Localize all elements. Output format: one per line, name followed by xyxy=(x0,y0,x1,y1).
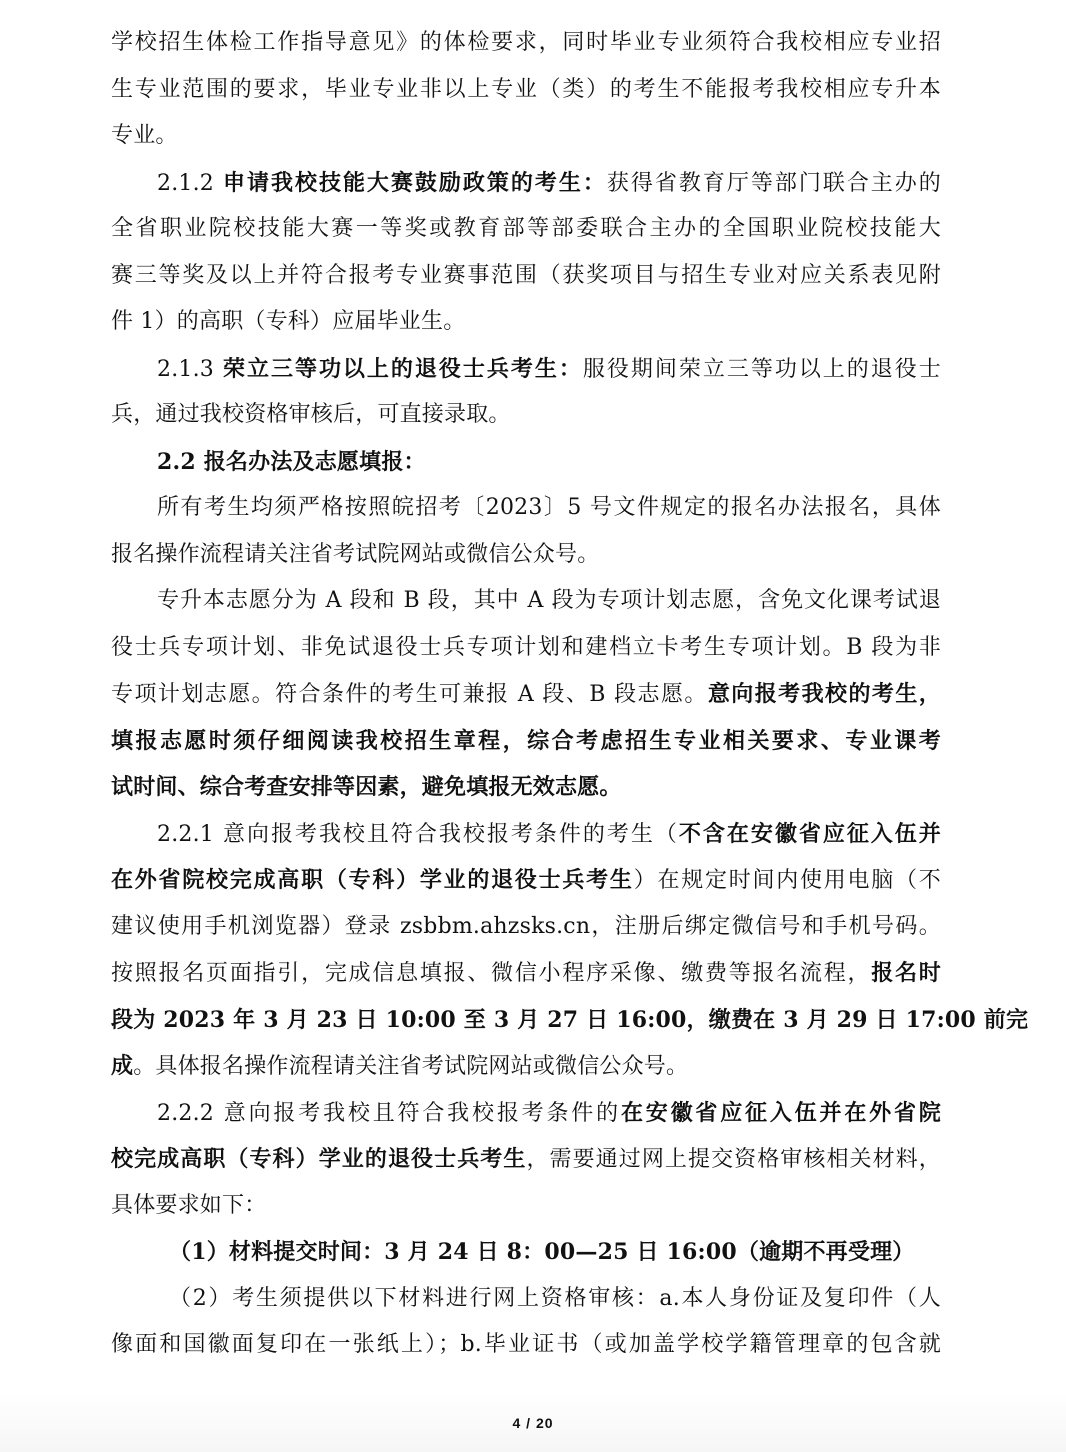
section-title: 申请我校技能大赛鼓励政策的考生： xyxy=(223,170,607,196)
list-item-2: （2）考生须提供以下材料进行网上资格审核：a.本人身份证及复印件（人 xyxy=(111,1276,941,1323)
text-line: 填报志愿时须仔细阅读我校招生章程，综合考虑招生专业相关要求、专业课考 xyxy=(111,718,941,765)
list-item-1: （1）材料提交时间：3 月 24 日 8：00—25 日 16:00（逾期不再受… xyxy=(111,1229,941,1276)
document-body: 学校招生体检工作指导意见》的体检要求，同时毕业专业须符合我校相应专业招 生专业范… xyxy=(111,20,941,1369)
text-segment: 兵，通过我校资格审核后，可直接录取。 xyxy=(111,402,511,427)
text-segment: 像面和国徽面复印在一张纸上）；b.毕业证书（或加盖学校学籍管理章的包含就 xyxy=(111,1332,941,1357)
text-line: 建议使用手机浏览器）登录 zsbbm.ahzsks.cn，注册后绑定微信号和手机… xyxy=(111,904,941,951)
text-line: 赛三等奖及以上并符合报考专业赛事范围（获奖项目与招生专业对应关系表见附 xyxy=(111,253,941,300)
text-line: 像面和国徽面复印在一张纸上）；b.毕业证书（或加盖学校学籍管理章的包含就 xyxy=(111,1322,941,1369)
emphasis-text: 校完成高职（专科）学业的退役士兵考生 xyxy=(111,1146,526,1172)
text-segment: （2）考生须提供以下材料进行网上资格审核：a.本人身份证及复印件（人 xyxy=(169,1286,941,1311)
text-line: 学校招生体检工作指导意见》的体检要求，同时毕业专业须符合我校相应专业招 xyxy=(111,20,941,67)
text-segment: 生专业范围的要求，毕业专业非以上专业（类）的考生不能报考我校相应专升本 xyxy=(111,77,941,102)
page-number: 4 / 20 xyxy=(0,1415,1066,1431)
emphasis-text: 在外省院校完成高职（专科）学业的退役士兵考生 xyxy=(111,867,634,893)
text-line: 成。具体报名操作流程请关注省考试院网站或微信公众号。 xyxy=(111,1043,941,1090)
emphasis-text: （1）材料提交时间：3 月 24 日 8：00—25 日 16:00（逾期不再受… xyxy=(169,1239,914,1265)
section-number: 2.1.2 xyxy=(157,171,223,196)
text-segment: 具体要求如下： xyxy=(111,1193,266,1218)
text-segment: 建议使用手机浏览器）登录 zsbbm.ahzsks.cn，注册后绑定微信号和手机… xyxy=(111,914,941,939)
text-line: 兵，通过我校资格审核后，可直接录取。 xyxy=(111,392,941,439)
text-segment: 赛三等奖及以上并符合报考专业赛事范围（获奖项目与招生专业对应关系表见附 xyxy=(111,263,941,288)
section-2-2-heading: 2.2 报名办法及志愿填报： xyxy=(111,439,941,486)
emphasis-text: 意向报考我校的考生， xyxy=(708,681,941,707)
text-line: 全省职业院校技能大赛一等奖或教育部等部委联合主办的全国职业院校技能大 xyxy=(111,206,941,253)
text-segment: 件 1）的高职（专科）应届毕业生。 xyxy=(111,309,465,334)
section-2-2-1-line: 2.2.1 意向报考我校且符合我校报考条件的考生（不含在安徽省应征入伍并 xyxy=(111,811,941,858)
text-segment: 役士兵专项计划、非免试退役士兵专项计划和建档立卡考生专项计划。B 段为非 xyxy=(111,635,941,660)
text-line: 具体要求如下： xyxy=(111,1183,941,1230)
section-2-1-2-heading-line: 2.1.2 申请我校技能大赛鼓励政策的考生：获得省教育厅等部门联合主办的 xyxy=(111,160,941,207)
text-segment: 服役期间荣立三等功以上的退役士 xyxy=(583,357,941,382)
text-segment: 获得省教育厅等部门联合主办的 xyxy=(607,171,941,196)
text-segment: 专项计划志愿。符合条件的考生可兼报 A 段、B 段志愿。 xyxy=(111,682,708,707)
text-line: 按照报名页面指引，完成信息填报、微信小程序采像、缴费等报名流程，报名时 xyxy=(111,950,941,997)
text-line: 生专业范围的要求，毕业专业非以上专业（类）的考生不能报考我校相应专升本 xyxy=(111,67,941,114)
emphasis-text: 填报志愿时须仔细阅读我校招生章程，综合考虑招生专业相关要求、专业课考 xyxy=(111,728,941,754)
emphasis-text: 成 xyxy=(111,1053,133,1079)
emphasis-text: 在安徽省应征入伍并在外省院 xyxy=(621,1100,941,1126)
text-segment: ）在规定时间内使用电脑（不 xyxy=(634,868,941,893)
section-number: 2.1.3 xyxy=(157,357,223,382)
section-title: 荣立三等功以上的退役士兵考生： xyxy=(223,356,583,382)
emphasis-text: 段为 2023 年 3 月 23 日 10:00 至 3 月 27 日 16:0… xyxy=(111,1007,1028,1033)
text-segment: 专升本志愿分为 A 段和 B 段，其中 A 段为专项计划志愿，含免文化课考试退 xyxy=(157,588,941,613)
text-line: 专业。 xyxy=(111,113,941,160)
emphasis-text: 报名时 xyxy=(871,960,941,986)
emphasis-text: 不含在安徽省应征入伍并 xyxy=(679,821,941,847)
text-line: 专项计划志愿。符合条件的考生可兼报 A 段、B 段志愿。意向报考我校的考生， xyxy=(111,671,941,718)
text-segment: 。具体报名操作流程请关注省考试院网站或微信公众号。 xyxy=(133,1054,688,1079)
text-line: 役士兵专项计划、非免试退役士兵专项计划和建档立卡考生专项计划。B 段为非 xyxy=(111,625,941,672)
document-page: 学校招生体检工作指导意见》的体检要求，同时毕业专业须符合我校相应专业招 生专业范… xyxy=(0,0,1066,1452)
text-line: 件 1）的高职（专科）应届毕业生。 xyxy=(111,299,941,346)
text-segment: 报名操作流程请关注省考试院网站或微信公众号。 xyxy=(111,542,599,567)
text-segment: 专业。 xyxy=(111,123,178,148)
section-2-2-2-line: 2.2.2 意向报考我校且符合我校报考条件的在安徽省应征入伍并在外省院 xyxy=(111,1090,941,1137)
text-segment: 所有考生均须严格按照皖招考〔2023〕5 号文件规定的报名办法报名，具体 xyxy=(157,495,941,520)
text-segment: 全省职业院校技能大赛一等奖或教育部等部委联合主办的全国职业院校技能大 xyxy=(111,216,941,241)
text-line: 校完成高职（专科）学业的退役士兵考生，需要通过网上提交资格审核相关材料， xyxy=(111,1136,941,1183)
text-line: 专升本志愿分为 A 段和 B 段，其中 A 段为专项计划志愿，含免文化课考试退 xyxy=(111,578,941,625)
text-segment: 按照报名页面指引，完成信息填报、微信小程序采像、缴费等报名流程， xyxy=(111,961,871,986)
emphasis-text: 试时间、综合考查安排等因素，避免填报无效志愿。 xyxy=(111,774,622,800)
text-segment: ，需要通过网上提交资格审核相关材料， xyxy=(526,1147,941,1172)
text-segment: 学校招生体检工作指导意见》的体检要求，同时毕业专业须符合我校相应专业招 xyxy=(111,30,941,55)
section-title: 2.2 报名办法及志愿填报： xyxy=(157,449,426,475)
text-line: 报名操作流程请关注省考试院网站或微信公众号。 xyxy=(111,532,941,579)
text-line: 在外省院校完成高职（专科）学业的退役士兵考生）在规定时间内使用电脑（不 xyxy=(111,857,941,904)
text-segment: 2.2.1 意向报考我校且符合我校报考条件的考生（ xyxy=(157,822,679,847)
text-line: 所有考生均须严格按照皖招考〔2023〕5 号文件规定的报名办法报名，具体 xyxy=(111,485,941,532)
text-line: 段为 2023 年 3 月 23 日 10:00 至 3 月 27 日 16:0… xyxy=(111,997,941,1044)
text-segment: 2.2.2 意向报考我校且符合我校报考条件的 xyxy=(157,1101,621,1126)
text-line: 试时间、综合考查安排等因素，避免填报无效志愿。 xyxy=(111,764,941,811)
section-2-1-3-heading-line: 2.1.3 荣立三等功以上的退役士兵考生：服役期间荣立三等功以上的退役士 xyxy=(111,346,941,393)
